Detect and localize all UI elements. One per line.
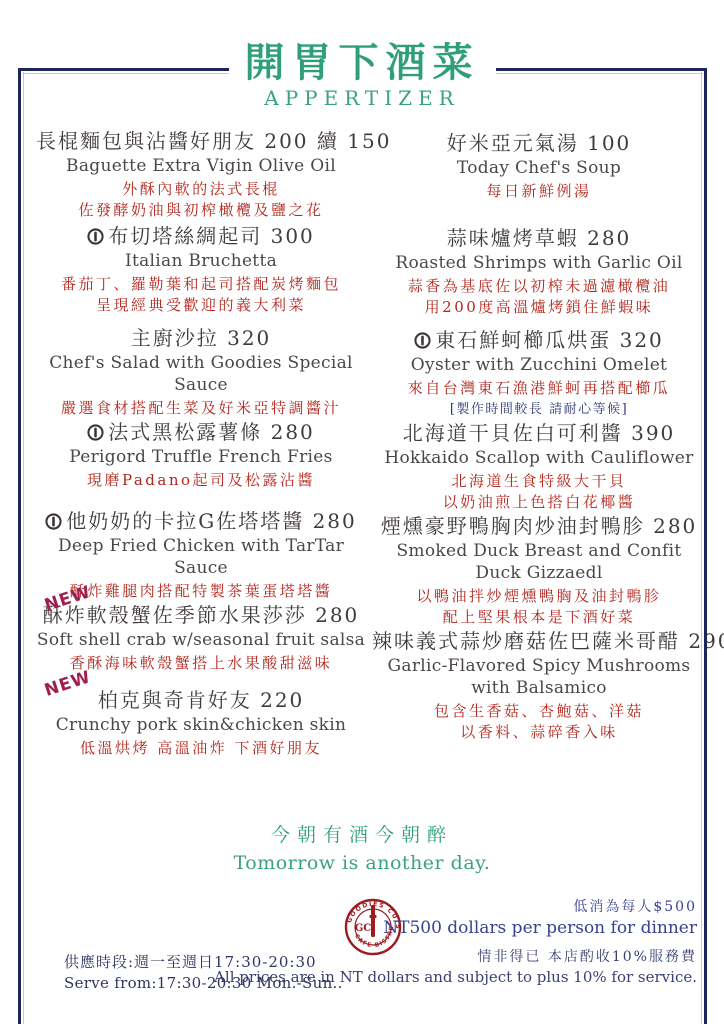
menu-item: 東石鮮蚵櫛瓜烘蛋 320 Oyster with Zucchini Omelet… [372,327,706,420]
quote: 今朝有酒今朝醉 Tomorrow is another day. [0,820,724,874]
item-title-en: Today Chef's Soup [372,157,706,179]
frame-left-border [18,68,21,1024]
menu-item: 煙燻豪野鴨胸肉炒油封鴨胗 280 Smoked Duck Breast and … [372,513,706,628]
item-title-en: Roasted Shrimps with Garlic Oil [372,252,706,274]
logo-icon [87,224,108,248]
item-desc-line: 包含生香菇、杏鮑菇、洋菇 [372,701,706,722]
menu-item: 蒜味爐烤草蝦 280 Roasted Shrimps with Garlic O… [372,225,706,327]
item-desc: 以鴨油拌炒煙燻鴨胸及油封鴨胗配上堅果根本是下酒好菜 [372,586,706,628]
item-title-zh: 長棍麵包與沾醬好朋友 200 續 150 [36,129,391,153]
item-title-en: Perigord Truffle French Fries [36,446,366,468]
logo-icon [45,509,66,533]
item-title-zh: 他奶奶的卡拉G佐塔塔醬 280 [66,509,357,533]
item-desc-line: 呈現經典受歡迎的義大利菜 [36,295,366,316]
item-desc-line: 以香料、蒜碎香入味 [372,722,706,743]
menu-item: 布切塔絲綢起司 300 Italian Bruchetta 番茄丁、羅勒葉和起司… [36,223,366,325]
page-title-en: APPERTIZER [0,86,724,110]
page-title-zh: 開胃下酒菜 [229,38,496,88]
item-title-en: Baguette Extra Vigin Olive Oil [36,155,366,177]
item-desc: 來自台灣東石漁港鮮蚵再搭配櫛瓜 [372,378,706,399]
item-title-zh: 好米亞元氣湯 100 [447,131,632,155]
item-title-zh: 酥炸軟殼蟹佐季節水果莎莎 280 [43,603,360,627]
min-charge-zh: 低消為每人$500 [214,898,697,917]
menu-item: 辣味義式蒜炒磨菇佐巴薩米哥醋 290 Garlic-Flavored Spicy… [372,628,706,743]
item-desc: 番茄丁、羅勒葉和起司搭配炭烤麵包呈現經典受歡迎的義大利菜 [36,274,366,316]
item-desc: 現磨Padano起司及松露沾醬 [36,470,366,491]
item-title-zh: 布切塔絲綢起司 300 [108,224,315,248]
item-title-en: Soft shell crab w/seasonal fruit salsa [36,629,366,651]
item-desc: 蒜香為基底佐以初榨未過濾橄欖油用200度高溫爐烤鎖住鮮蝦味 [372,276,706,318]
item-title-en: Chef's Salad with Goodies Special Sauce [36,352,366,396]
item-name-line: 好米亞元氣湯 100 [372,130,706,157]
item-title-zh: 煙燻豪野鴨胸肉炒油封鴨胗 280 [381,514,698,538]
item-title-en: Hokkaido Scallop with Cauliflower [372,447,706,469]
item-name-line: 北海道干貝佐白可利醬 390 [372,420,706,447]
item-desc-line: 用200度高溫爐烤鎖住鮮蝦味 [372,297,706,318]
item-name-line: 柏克與奇肯好友 220 [36,687,366,714]
item-desc-line: 番茄丁、羅勒葉和起司搭配炭烤麵包 [36,274,366,295]
item-desc-line: 配上堅果根本是下酒好菜 [372,607,706,628]
menu-item: 好米亞元氣湯 100 Today Chef's Soup 每日新鮮例湯 [372,130,706,225]
item-desc-line: 每日新鮮例湯 [372,181,706,202]
item-desc: 每日新鮮例湯 [372,181,706,202]
item-name-line: 蒜味爐烤草蝦 280 [372,225,706,252]
menu-item: NEW 柏克與奇肯好友 220 Crunchy pork skin&chicke… [36,687,366,777]
item-title-zh: 蒜味爐烤草蝦 280 [447,226,632,250]
menu-page: 開胃下酒菜 APPERTIZER 長棍麵包與沾醬好朋友 200 續 150 Ba… [0,0,724,1024]
item-name-line: 法式黑松露薯條 280 [36,419,366,446]
logo-icon [414,328,435,352]
menu-item: 法式黑松露薯條 280 Perigord Truffle French Frie… [36,419,366,508]
item-name-line: 長棍麵包與沾醬好朋友 200 續 150 [36,128,366,155]
item-title-zh: 辣味義式蒜炒磨菇佐巴薩米哥醋 290 [372,629,724,653]
item-title-zh: 法式黑松露薯條 280 [108,420,315,444]
item-name-line: 他奶奶的卡拉G佐塔塔醬 280 [36,508,366,535]
item-desc-line: 低溫烘烤 高溫油炸 下酒好朋友 [36,738,366,759]
item-title-en: Crunchy pork skin&chicken skin [36,714,366,736]
item-title-zh: 東石鮮蚵櫛瓜烘蛋 320 [435,328,664,352]
item-desc: 嚴選食材搭配生菜及好米亞特調醬汁 [36,398,366,419]
item-name-line: 酥炸軟殼蟹佐季節水果莎莎 280 [36,602,366,629]
item-title-en: Deep Fried Chicken with TarTar Sauce [36,535,366,579]
item-desc: 北海道生食特級大干貝以奶油煎上色搭白花椰醬 [372,471,706,513]
serving-hours-en: Serve from:17:30-20:30 Mon.-Sun.. [64,973,343,994]
item-title-en: Oyster with Zucchini Omelet [372,354,706,376]
menu-column-right: 好米亞元氣湯 100 Today Chef's Soup 每日新鮮例湯 蒜味爐烤… [372,130,706,743]
item-name-line: 東石鮮蚵櫛瓜烘蛋 320 [372,327,706,354]
menu-item: 長棍麵包與沾醬好朋友 200 續 150 Baguette Extra Vigi… [36,128,366,223]
item-desc-line: 佐發酵奶油與初榨橄欖及鹽之花 [36,200,366,221]
item-desc-line: 來自台灣東石漁港鮮蚵再搭配櫛瓜 [372,378,706,399]
item-title-en: Italian Bruchetta [36,250,366,272]
item-desc-line: 北海道生食特級大干貝 [372,471,706,492]
logo-icon [87,420,108,444]
item-name-line: 煙燻豪野鴨胸肉炒油封鴨胗 280 [372,513,706,540]
item-desc-line: 以奶油煎上色搭白花椰醬 [372,492,706,513]
item-note: [製作時間較長 請耐心等候] [372,400,706,420]
quote-zh: 今朝有酒今朝醉 [0,820,724,847]
item-title-en: Smoked Duck Breast and Confit Duck Gizza… [372,540,706,584]
quote-en: Tomorrow is another day. [0,852,724,874]
item-name-line: 辣味義式蒜炒磨菇佐巴薩米哥醋 290 [372,628,706,655]
min-charge-en: NT500 dollars per person for dinner [214,917,697,939]
item-desc: 包含生香菇、杏鮑菇、洋菇以香料、蒜碎香入味 [372,701,706,743]
footer-left: 供應時段:週一至週日17:30-20:30 Serve from:17:30-2… [64,951,343,994]
item-title-zh: 柏克與奇肯好友 220 [98,688,305,712]
frame-right-border [704,68,707,1024]
item-desc-line: 外酥內軟的法式長棍 [36,179,366,200]
serving-hours-zh: 供應時段:週一至週日17:30-20:30 [64,951,343,973]
item-desc-line: 以鴨油拌炒煙燻鴨胸及油封鴨胗 [372,586,706,607]
item-name-line: 主廚沙拉 320 [36,325,366,352]
item-desc: 外酥內軟的法式長棍佐發酵奶油與初榨橄欖及鹽之花 [36,179,366,221]
item-desc: 低溫烘烤 高溫油炸 下酒好朋友 [36,738,366,759]
item-desc-line: 蒜香為基底佐以初榨未過濾橄欖油 [372,276,706,297]
item-title-zh: 北海道干貝佐白可利醬 390 [403,421,676,445]
item-name-line: 布切塔絲綢起司 300 [36,223,366,250]
item-desc-line: 嚴選食材搭配生菜及好米亞特調醬汁 [36,398,366,419]
header: 開胃下酒菜 APPERTIZER [0,38,724,110]
menu-item: 主廚沙拉 320 Chef's Salad with Goodies Speci… [36,325,366,419]
menu-column-left: 長棍麵包與沾醬好朋友 200 續 150 Baguette Extra Vigi… [36,128,366,777]
menu-item: 北海道干貝佐白可利醬 390 Hokkaido Scallop with Cau… [372,420,706,513]
item-desc-line: 現磨Padano起司及松露沾醬 [36,470,366,491]
item-title-zh: 主廚沙拉 320 [131,326,272,350]
item-title-en: Garlic-Flavored Spicy Mushrooms with Bal… [372,655,706,699]
